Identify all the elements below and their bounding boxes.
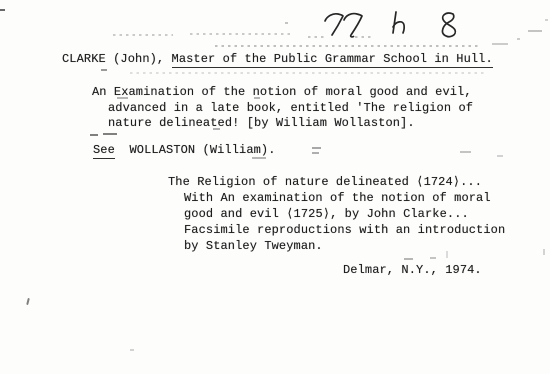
smudge-mark <box>308 36 326 38</box>
catalog-card-scan: CLARKE (John), Master of the Public Gram… <box>0 0 550 374</box>
stray-mark <box>312 147 321 149</box>
stray-mark <box>404 258 413 260</box>
letter-h <box>393 12 404 33</box>
stray-mark <box>285 22 288 24</box>
stray-mark <box>545 19 548 21</box>
smudge-mark <box>215 45 480 47</box>
stray-mark <box>460 151 471 153</box>
heading-line: CLARKE (John), Master of the Public Gram… <box>62 51 493 67</box>
stray-mark <box>446 251 448 258</box>
see-label: See <box>93 143 115 159</box>
smudge-mark <box>130 72 485 74</box>
heading-author: CLARKE (John), <box>62 52 172 66</box>
note-line-1: An Examination of the notion of moral go… <box>92 84 472 100</box>
smudge-mark <box>528 30 542 32</box>
see-reference-line: See WOLLASTON (William). <box>93 142 276 158</box>
stray-mark <box>312 152 319 154</box>
see-target: WOLLASTON (William). <box>115 143 276 157</box>
citation-line-3: good and evil ⟨1725⟩, by John Clarke... <box>184 206 469 222</box>
smudge-mark <box>113 34 173 36</box>
smudge-mark <box>492 43 508 45</box>
citation-line-1: The Religion of nature delineated ⟨1724⟩… <box>168 174 482 190</box>
note-line-3: nature delineated! [by William Wollaston… <box>108 115 415 131</box>
imprint-line: Delmar, N.Y., 1974. <box>343 262 482 278</box>
stray-mark <box>130 349 134 351</box>
note-line-2: advanced in a late book, entitled 'The r… <box>108 100 473 116</box>
stray-mark <box>103 133 117 135</box>
stray-mark <box>497 155 503 157</box>
citation-line-5: by Stanley Tweyman. <box>184 238 323 254</box>
digit-7 <box>344 14 362 37</box>
stray-mark <box>101 69 107 71</box>
digit-7 <box>325 14 343 35</box>
stray-mark <box>543 249 545 255</box>
shelfmark-handwriting <box>320 8 465 42</box>
citation-line-2: With An examination of the notion of mor… <box>184 190 491 206</box>
stray-mark <box>90 134 98 136</box>
smudge-mark <box>355 36 373 38</box>
stray-mark <box>0 9 5 11</box>
heading-title-underlined: Master of the Public Grammar School in H… <box>172 52 493 68</box>
citation-line-4: Facsimile reproductions with an introduc… <box>184 222 505 238</box>
smudge-mark <box>190 33 290 35</box>
stray-mark <box>430 257 436 259</box>
digit-8 <box>442 13 455 37</box>
stray-mark <box>517 38 520 40</box>
stray-mark <box>26 298 30 305</box>
